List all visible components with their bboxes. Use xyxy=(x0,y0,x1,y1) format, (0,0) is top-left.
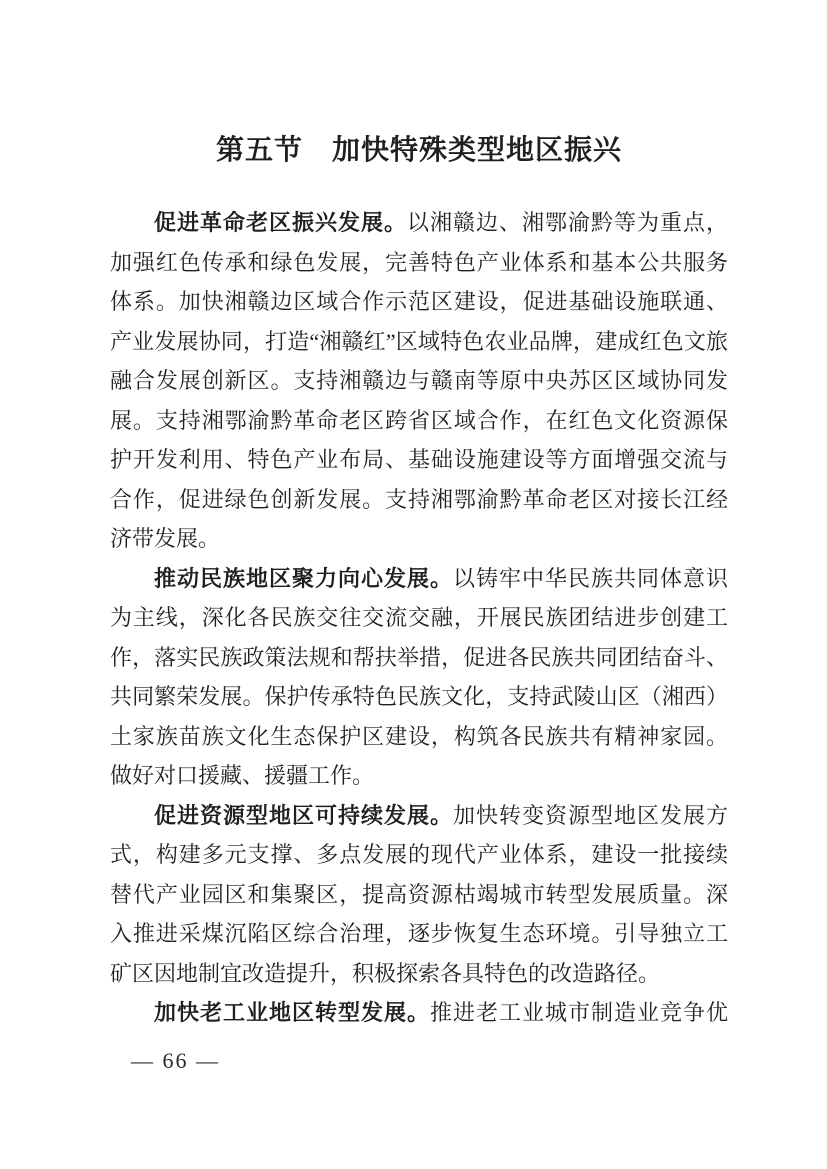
section-title: 第五节 加快特殊类型地区振兴 xyxy=(110,131,728,171)
paragraph-3-line-4: 入推进采煤沉陷区综合治理，逐步恢复生态环境。引导独立工 xyxy=(110,914,728,954)
paragraph-3-line-2: 式，构建多元支撑、多点发展的现代产业体系，建设一批接续 xyxy=(110,835,728,875)
paragraph-1-lead: 促进革命老区振兴发展。 xyxy=(154,210,407,235)
paragraph-3-line-3: 替代产业园区和集聚区，提高资源枯竭城市转型发展质量。深 xyxy=(110,875,728,915)
paragraph-2-lead: 推动民族地区聚力向心发展。 xyxy=(154,566,453,591)
paragraph-3-line-1: 促进资源型地区可持续发展。加快转变资源型地区发展方 xyxy=(110,796,728,836)
paragraph-1-line-1-rest: 以湘赣边、湘鄂渝黔等为重点， xyxy=(407,210,728,235)
paragraph-2-line-3: 作，落实民族政策法规和帮扶举措，促进各民族共同团结奋斗、 xyxy=(110,638,728,678)
paragraph-1-line-5: 融合发展创新区。支持湘赣边与赣南等原中央苏区区域协同发 xyxy=(110,361,728,401)
paragraph-2-line-4: 共同繁荣发展。保护传承特色民族文化，支持武陵山区（湘西） xyxy=(110,677,728,717)
paragraph-1-line-2: 加强红色传承和绿色发展，完善特色产业体系和基本公共服务 xyxy=(110,243,728,283)
paragraph-1-line-6: 展。支持湘鄂渝黔革命老区跨省区域合作，在红色文化资源保 xyxy=(110,401,728,441)
paragraph-2-line-5: 土家族苗族文化生态保护区建设，构筑各民族共有精神家园。 xyxy=(110,717,728,757)
paragraph-1-line-4: 产业发展协同，打造“湘赣红”区域特色农业品牌，建成红色文旅 xyxy=(110,322,728,362)
document-body: 促进革命老区振兴发展。以湘赣边、湘鄂渝黔等为重点， 加强红色传承和绿色发展，完善… xyxy=(110,203,728,1033)
page-number: — 66 — xyxy=(131,1046,220,1076)
paragraph-1-line-8: 合作，促进绿色创新发展。支持湘鄂渝黔革命老区对接长江经 xyxy=(110,480,728,520)
paragraph-3-lead: 促进资源型地区可持续发展。 xyxy=(154,803,453,828)
paragraph-1-line-3: 体系。加快湘赣边区域合作示范区建设，促进基础设施联通、 xyxy=(110,282,728,322)
paragraph-2-line-1-rest: 以铸牢中华民族共同体意识 xyxy=(453,566,728,591)
paragraph-3-line-1-rest: 加快转变资源型地区发展方 xyxy=(453,803,728,828)
paragraph-4-line-1-rest: 推进老工业城市制造业竞争优 xyxy=(430,1000,728,1025)
document-page: 第五节 加快特殊类型地区振兴 促进革命老区振兴发展。以湘赣边、湘鄂渝黔等为重点，… xyxy=(0,0,827,1169)
paragraph-1-line-9: 济带发展。 xyxy=(110,519,728,559)
paragraph-1-line-7: 护开发利用、特色产业布局、基础设施建设等方面增强交流与 xyxy=(110,440,728,480)
paragraph-4-lead: 加快老工业地区转型发展。 xyxy=(154,1000,430,1025)
paragraph-1-line-1: 促进革命老区振兴发展。以湘赣边、湘鄂渝黔等为重点， xyxy=(110,203,728,243)
paragraph-4-line-1: 加快老工业地区转型发展。推进老工业城市制造业竞争优 xyxy=(110,993,728,1033)
paragraph-2-line-6: 做好对口援藏、援疆工作。 xyxy=(110,756,728,796)
paragraph-2-line-1: 推动民族地区聚力向心发展。以铸牢中华民族共同体意识 xyxy=(110,559,728,599)
paragraph-2-line-2: 为主线，深化各民族交往交流交融，开展民族团结进步创建工 xyxy=(110,598,728,638)
paragraph-3-line-5: 矿区因地制宜改造提升，积极探索各具特色的改造路径。 xyxy=(110,954,728,994)
